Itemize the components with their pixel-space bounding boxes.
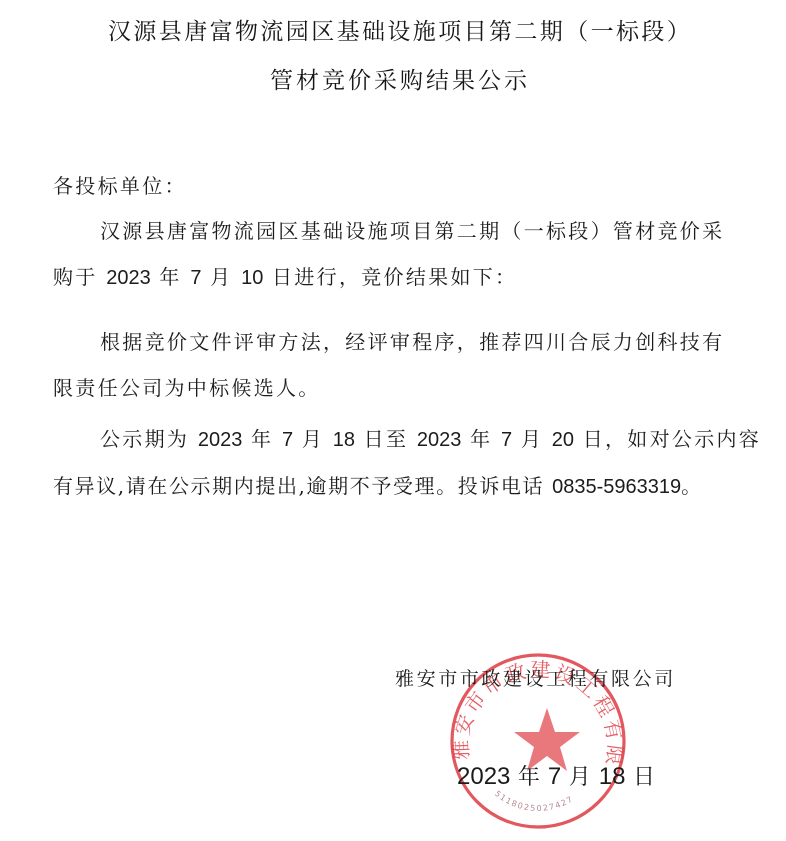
salutation: 各投标单位： xyxy=(53,176,187,196)
star-icon xyxy=(514,708,580,771)
sign-year: 2023 xyxy=(457,763,510,790)
signing-organization: 雅安市市政建设工程有限公司 xyxy=(395,670,676,689)
paragraph-3-line-2: 有异议,请在公示期内提出,逾期不予受理。投诉电话 0835-5963319。 xyxy=(53,476,703,497)
title-line-2: 管材竞价采购结果公示 xyxy=(270,70,530,93)
text: 月 xyxy=(561,765,599,790)
end-year: 2023 xyxy=(417,429,462,451)
text: 月 xyxy=(202,265,242,289)
text: 年 xyxy=(242,427,282,451)
text: 年 xyxy=(461,427,501,451)
paragraph-3-line-1: 公示期为 2023 年 7 月 18 日至 2023 年 7 月 20 日，如对… xyxy=(100,429,761,450)
complaint-phone: 0835-5963319 xyxy=(552,476,681,498)
sign-month: 7 xyxy=(548,763,561,790)
start-month: 7 xyxy=(282,429,293,451)
text: 年 xyxy=(151,265,191,289)
paragraph-1-line-2: 购于 2023 年 7 月 10 日进行，竞价结果如下： xyxy=(53,267,517,288)
signing-date: 2023 年 7 月 18 日 xyxy=(457,765,655,789)
text: 月 xyxy=(512,427,552,451)
seal-serial-number: 5118025027427 xyxy=(493,789,575,813)
title-line-1: 汉源县唐富物流园区基础设施项目第二期（一标段） xyxy=(108,21,692,44)
paragraph-2-line-1: 根据竞价文件评审方法，经评审程序，推荐四川合辰力创科技有 xyxy=(100,332,724,352)
text: 日至 xyxy=(355,427,417,451)
text: 日，如对公示内容 xyxy=(574,427,761,451)
month: 7 xyxy=(190,267,201,289)
end-month: 7 xyxy=(501,429,512,451)
paragraph-1-line-1: 汉源县唐富物流园区基础设施项目第二期（一标段）管材竞价采 xyxy=(100,221,724,241)
text: 日进行，竞价结果如下： xyxy=(263,265,517,289)
day: 10 xyxy=(241,267,263,289)
text: 日 xyxy=(625,765,655,790)
svg-text:5118025027427: 5118025027427 xyxy=(493,789,575,813)
text: 有异议,请在公示期内提出,逾期不予受理。投诉电话 xyxy=(53,474,552,498)
start-year: 2023 xyxy=(198,429,243,451)
sign-day: 18 xyxy=(599,763,626,790)
text: 购于 xyxy=(53,265,106,289)
text: 年 xyxy=(510,765,548,790)
document-page: 汉源县唐富物流园区基础设施项目第二期（一标段） 管材竞价采购结果公示 各投标单位… xyxy=(0,0,786,841)
text: 公示期为 xyxy=(100,427,198,451)
end-day: 20 xyxy=(552,429,574,451)
text: 月 xyxy=(293,427,333,451)
paragraph-2-line-2: 限责任公司为中标候选人。 xyxy=(53,378,321,398)
text: 。 xyxy=(681,474,703,498)
year: 2023 xyxy=(106,267,151,289)
start-day: 18 xyxy=(333,429,355,451)
